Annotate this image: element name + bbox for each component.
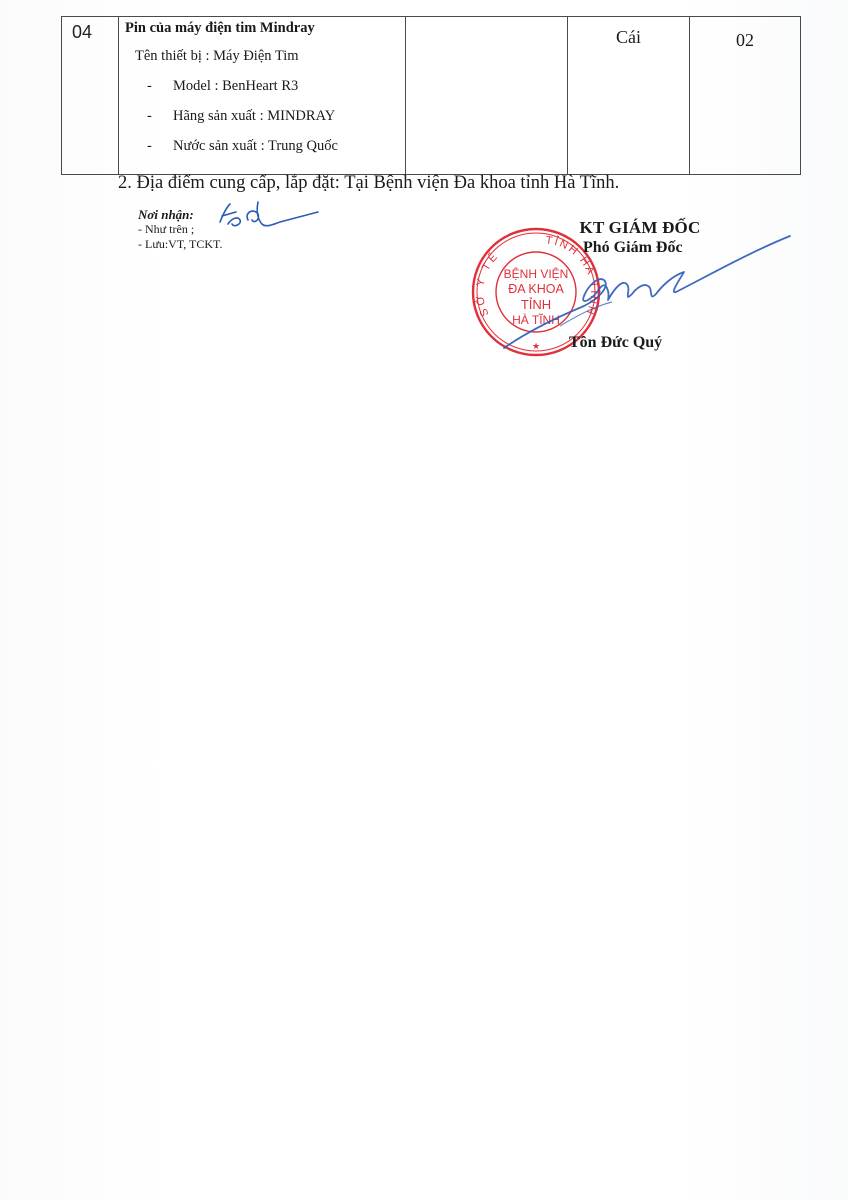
item-manufacturer-text: Hãng sản xuất : MINDRAY bbox=[173, 108, 335, 124]
unit-text: Cái bbox=[568, 27, 689, 48]
item-model: -Model : BenHeart R3 bbox=[147, 78, 298, 95]
item-manufacturer: -Hãng sản xuất : MINDRAY bbox=[147, 108, 335, 125]
recipient-item: - Lưu:VT, TCKT. bbox=[138, 237, 223, 252]
cell-stt: 04 bbox=[62, 17, 119, 174]
initials-signature-icon bbox=[214, 198, 324, 238]
cell-unit: Cái bbox=[568, 17, 690, 174]
item-origin: -Nước sản xuất : Trung Quốc bbox=[147, 138, 338, 155]
recipients-block: Nơi nhận: - Như trên ; - Lưu:VT, TCKT. bbox=[138, 207, 223, 252]
signer-name: Tôn Đức Quý bbox=[569, 334, 662, 352]
recipients-title: Nơi nhận: bbox=[138, 207, 223, 222]
recipient-item: - Như trên ; bbox=[138, 222, 223, 237]
delivery-location: 2. Địa điểm cung cấp, lắp đặt: Tại Bệnh … bbox=[118, 173, 619, 194]
cell-item-name: Pin của máy điện tim Mindray Tên thiết b… bbox=[119, 17, 406, 174]
equipment-table: 04 Pin của máy điện tim Mindray Tên thiế… bbox=[61, 16, 801, 175]
row-number: 04 bbox=[72, 22, 92, 43]
quantity-text: 02 bbox=[690, 30, 800, 51]
document-page: 04 Pin của máy điện tim Mindray Tên thiế… bbox=[0, 0, 848, 1200]
cell-spec bbox=[406, 17, 568, 174]
item-origin-text: Nước sản xuất : Trung Quốc bbox=[173, 138, 338, 154]
bullet-dash: - bbox=[147, 138, 173, 155]
item-device-name: Tên thiết bị : Máy Điện Tim bbox=[135, 48, 299, 65]
bullet-dash: - bbox=[147, 108, 173, 125]
bullet-dash: - bbox=[147, 78, 173, 95]
item-title: Pin của máy điện tim Mindray bbox=[125, 20, 315, 37]
item-model-text: Model : BenHeart R3 bbox=[173, 78, 298, 94]
cell-quantity: 02 bbox=[690, 17, 800, 174]
